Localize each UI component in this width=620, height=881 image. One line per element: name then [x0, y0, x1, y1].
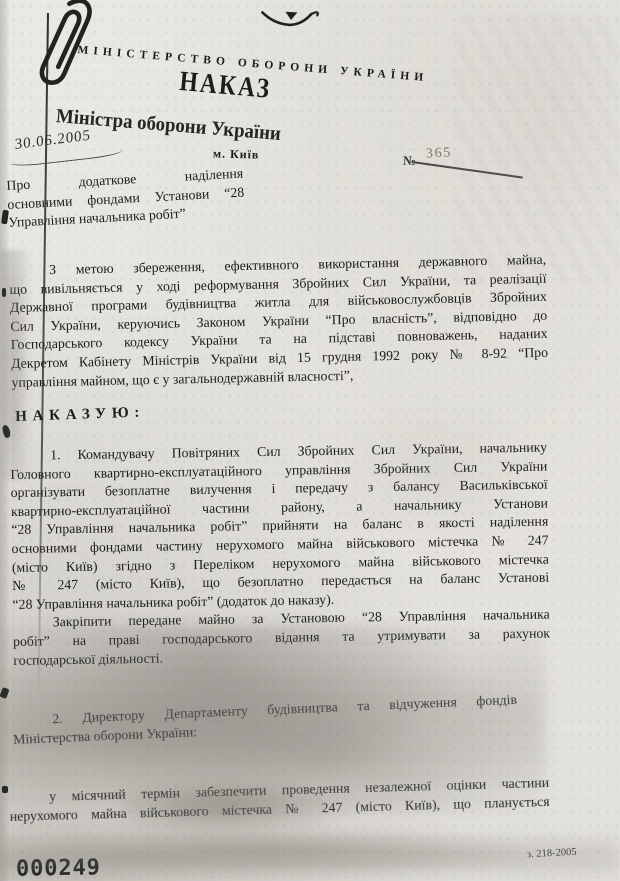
stain-overlay: [455, 15, 620, 285]
order-item-2: 2. Директору Департаменту будівництва та…: [12, 691, 518, 749]
page-left-edge-shadow: [0, 0, 9, 881]
trident-emblem-icon: [259, 6, 322, 33]
order-item-2-subparagraph: у місячний термін забезпечити проведення…: [9, 774, 550, 826]
scan-artifact: [2, 786, 8, 793]
scan-artifact: [2, 288, 6, 297]
order-item-1: 1. Командувачу Повітряних Сил Збройних С…: [10, 439, 550, 671]
document-page: МІНІСТЕРСТВО ОБОРОНИ УКРАЇНИ НАКАЗ Мініс…: [0, 0, 620, 881]
order-number: 365: [426, 145, 453, 162]
order-word: НАКАЗУЮ:: [15, 404, 145, 426]
preamble-paragraph: З метою збереження, ефективного використ…: [9, 251, 549, 392]
number-underline: [412, 161, 523, 178]
page-number-stamp: 000249: [16, 855, 101, 881]
city-line: м. Київ: [213, 146, 260, 162]
subject-block: Про додаткове наділення основними фондам…: [6, 165, 246, 233]
print-order-code: з. 218-2005: [527, 847, 577, 861]
document-type-title: НАКАЗ: [178, 66, 272, 106]
